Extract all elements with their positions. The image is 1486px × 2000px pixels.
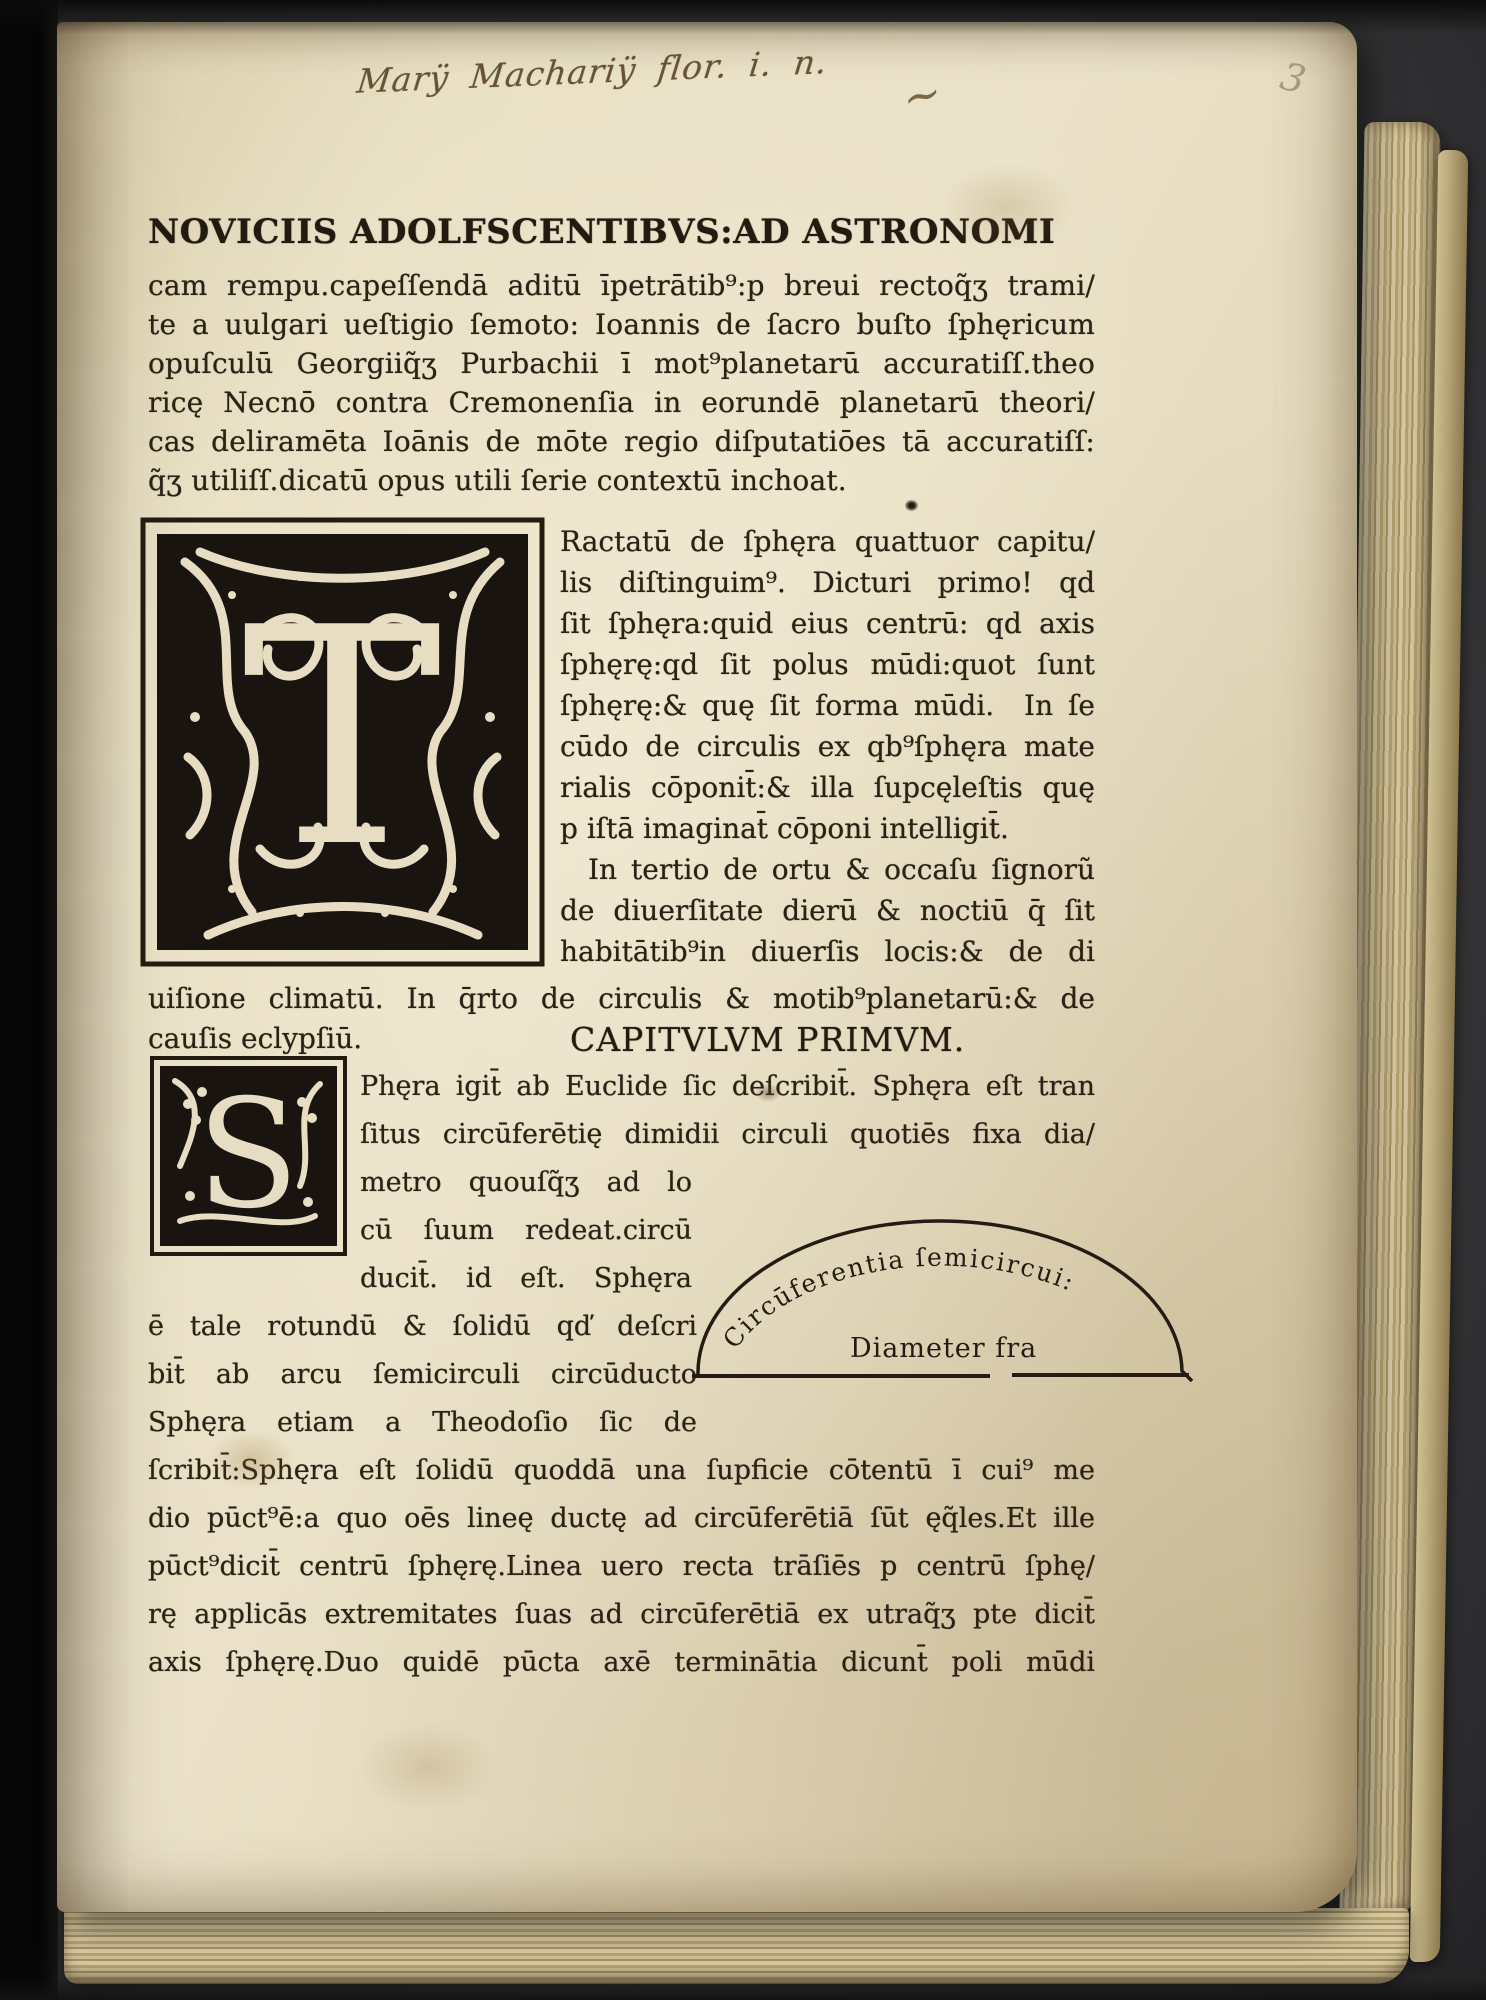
book-gutter-shadow (0, 0, 58, 2000)
text-line: q̃ʒ utiliſſ.dicatū opus utili ſerie cont… (148, 461, 1095, 500)
text-line: Phęra igit̄ ab Euclide ſic deſcribit̄. S… (360, 1063, 1095, 1111)
semicircle-diagram-graphic: Circūferentia ſemicircui: Diameter fra (690, 1205, 1195, 1390)
text-line: bit̄ ab arcu ſemicirculi circūducto (148, 1351, 697, 1399)
pencil-page-number: 3 (1276, 54, 1310, 103)
dedication-paragraph: cam rempu.capeſſendā aditū īpetrātib⁹:p … (148, 266, 1095, 500)
climata-lines: uiſione climatū. In q̄rto de circulis & … (148, 978, 1095, 1066)
text-line: habitātib⁹in diuerſis locis:& de di (560, 931, 1095, 972)
paper-stain (357, 1722, 497, 1812)
text-line: cas deliramēta Ioānis de mōte regio diſp… (148, 422, 1095, 461)
text-line: ſitus circūferētię dimidii circuli quoti… (360, 1111, 1095, 1159)
text-line: cū ſuum redeat.circū (360, 1207, 692, 1255)
paper-stain (937, 162, 1077, 252)
book-page: Marÿ Machariÿ flor. i. n. ~ 3 NOVICIIS A… (57, 22, 1357, 1912)
tractatus-paragraph: Ractatū de ſphęra quattuor capitu/ lis d… (560, 521, 1095, 972)
text-line: Ractatū de ſphęra quattuor capitu/ (560, 521, 1095, 562)
page-stack-bottom-edge (64, 1908, 1409, 1984)
text-line: axis ſphęrę.Duo quidē pūcta axē termināt… (148, 1639, 1095, 1687)
ink-spot (905, 500, 918, 511)
scan-bottom-shadow (0, 1978, 1486, 2000)
sphaera-definition-bottom-lines: ſcribit̄:Sphęra eſt ſolidū quoddā una ſu… (148, 1447, 1095, 1687)
text-line: cam rempu.capeſſendā aditū īpetrātib⁹:p … (148, 266, 1095, 305)
handwritten-flourish: ~ (903, 63, 942, 127)
woodcut-initial-S-graphic: S (150, 1056, 347, 1256)
diameter-baseline (692, 1375, 1189, 1376)
scan-top-shadow (0, 0, 1486, 34)
text-line: ſphęrę:& quę ſit forma mūdi. In ſe (560, 685, 1095, 726)
text-line: metro quouſq̃ʒ ad lo (360, 1159, 692, 1207)
text-line: ē tale rotundū & ſolidū qď deſcri (148, 1303, 697, 1351)
text-line: te a uulgari ueſtigio ſemoto: Ioannis de… (148, 305, 1095, 344)
text-line: ricę Necnō contra Cremonenſia in eorundē… (148, 383, 1095, 422)
text-line: In tertio de ortu & occaſu ſignorũ (560, 849, 1095, 890)
initial-letter-T: T (242, 564, 444, 913)
text-line: rialis cōponit̄:& illa ſupcęleſtis quę (560, 767, 1095, 808)
sphaera-definition-wide-lines: Phęra igit̄ ab Euclide ſic deſcribit̄. S… (360, 1063, 1095, 1159)
sphaera-definition-narrow-lines: metro quouſq̃ʒ ad lo cū ſuum redeat.circ… (360, 1159, 692, 1303)
initial-letter-S: S (197, 1068, 300, 1242)
text-line: cauſis eclypſiū. (148, 1022, 362, 1055)
text-line: de diuerſitate dierū & noctiū q̄ ſit (560, 890, 1095, 931)
text-line: p iſtā imaginat̄ cōponi intelligit̄. (560, 808, 1095, 849)
sphaera-definition-left-lines: ē tale rotundū & ſolidū qď deſcri bit̄ a… (148, 1303, 697, 1447)
woodcut-initial-T: T (140, 517, 545, 967)
text-line: pūct⁹dicit̄ centrū ſphęrę.Linea uero rec… (148, 1543, 1095, 1591)
text-line: dio pūct⁹ē:a quo oēs lineę ductę ad circ… (148, 1495, 1095, 1543)
text-line: uiſione climatū. In q̄rto de circulis & … (148, 978, 1095, 1020)
paper-stain (207, 1430, 297, 1490)
text-line: cūdo de circulis ex qb⁹ſphęra mate (560, 726, 1095, 767)
text-line: opuſculū Georgiiq̃ʒ Purbachii ī mot⁹plan… (148, 344, 1095, 383)
scanned-book-photo: { "annotations": { "inscription": "Marÿ … (0, 0, 1486, 2000)
woodcut-initial-T-graphic: T (140, 517, 545, 967)
woodcut-initial-S: S (150, 1056, 347, 1256)
text-line: rę applicās extremitates ſuas ad circūfe… (148, 1591, 1095, 1639)
semicircle-diagram: Circūferentia ſemicircui: Diameter fra (690, 1205, 1195, 1390)
handwritten-ownership-inscription: Marÿ Machariÿ flor. i. n. (355, 38, 919, 101)
ink-smudge (755, 1084, 781, 1102)
text-line: ducit̄. id eſt. Sphęra (360, 1255, 692, 1303)
text-line: ſphęrę:qd ſit polus mūdi:quot ſunt (560, 644, 1095, 685)
text-line: ſit ſphęra:quid eius centrū: qd axis (560, 603, 1095, 644)
diameter-label: Diameter fra (850, 1333, 1037, 1364)
chapter-heading: CAPITVLVM PRIMVM. (570, 1020, 965, 1059)
text-line: lis diſtinguim⁹. Dicturi primo! qd (560, 562, 1095, 603)
